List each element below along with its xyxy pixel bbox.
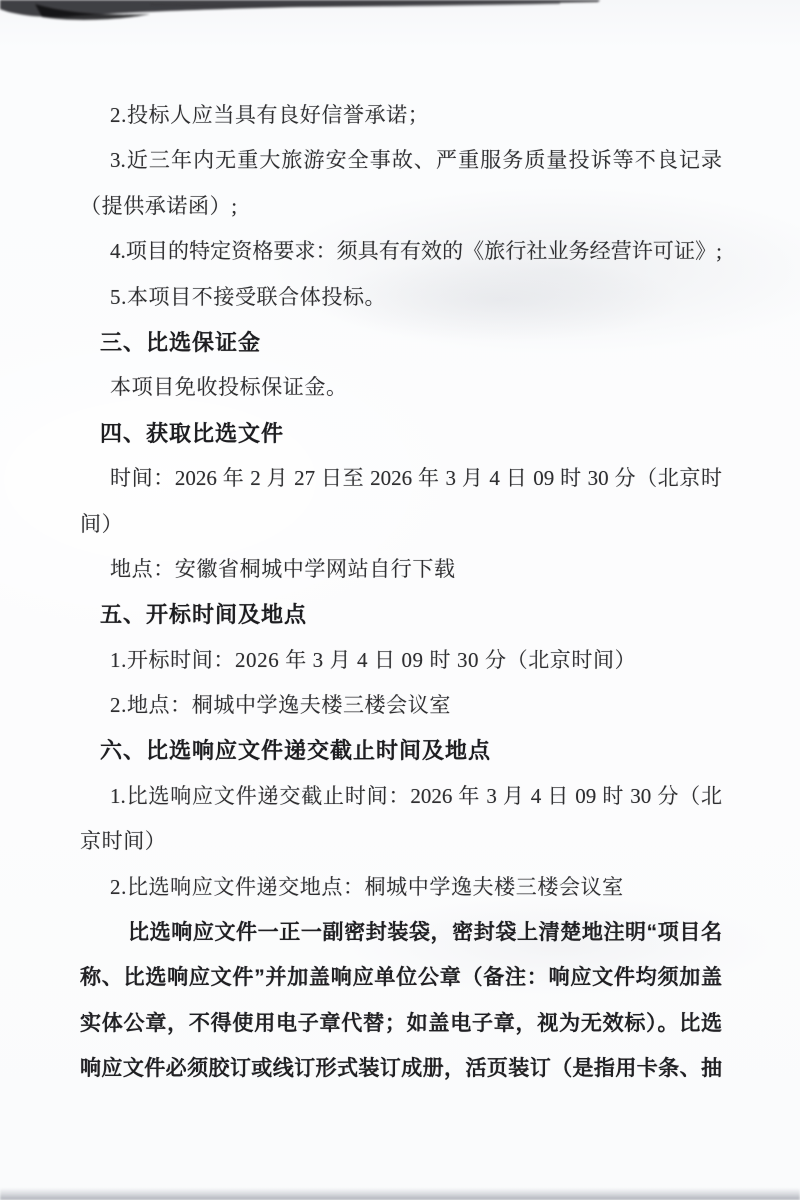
section-heading-3-deposit: 三、比选保证金 [80,320,722,365]
sealing-instructions-line-3: 实体公章，不得使用电子章代替；如盖电子章，视为无效标）。比选 [80,1001,722,1046]
scan-edge-artifact-top [0,0,800,28]
submission-deadline-wrap: 京时间） [80,819,722,864]
obtain-location-line: 地点：安徽省桐城中学网站自行下载 [80,547,722,592]
qualification-item-2: 2.投标人应当具有良好信誉承诺； [80,93,722,138]
document-page: 2.投标人应当具有良好信誉承诺； 3.近三年内无重大旅游安全事故、严重服务质量投… [0,0,800,1200]
qualification-item-5: 5.本项目不接受联合体投标。 [80,275,722,320]
obtain-time-wrap: 间） [80,502,722,547]
sealing-instructions-line-4: 响应文件必须胶订或线订形式装订成册，活页装订（是指用卡条、抽 [80,1046,722,1091]
submission-place-item: 2.比选响应文件递交地点：桐城中学逸夫楼三楼会议室 [80,865,722,910]
qualification-item-3: 3.近三年内无重大旅游安全事故、严重服务质量投诉等不良记录 [80,138,722,183]
opening-place-item: 2.地点：桐城中学逸夫楼三楼会议室 [80,683,722,728]
deposit-text: 本项目免收投标保证金。 [80,365,722,410]
qualification-item-3-wrap: （提供承诺函）; [80,184,722,229]
sealing-instructions-line-1: 比选响应文件一正一副密封装袋，密封袋上清楚地注明“项目名 [80,910,722,955]
document-body: 2.投标人应当具有良好信誉承诺； 3.近三年内无重大旅游安全事故、严重服务质量投… [0,93,800,1092]
section-heading-6-submission-deadline: 六、比选响应文件递交截止时间及地点 [80,728,722,773]
scan-edge-artifact-bottom [0,1188,800,1200]
opening-time-item: 1.开标时间：2026 年 3 月 4 日 09 时 30 分（北京时间） [80,638,722,683]
section-heading-5-opening-time-place: 五、开标时间及地点 [80,592,722,637]
sealing-instructions-line-2: 称、比选响应文件”并加盖响应单位公章（备注：响应文件均须加盖 [80,955,722,1000]
qualification-item-4: 4.项目的特定资格要求：须具有有效的《旅行社业务经营许可证》; [80,229,722,274]
section-heading-4-obtain-documents: 四、获取比选文件 [80,411,722,456]
submission-deadline-item: 1.比选响应文件递交截止时间：2026 年 3 月 4 日 09 时 30 分（… [80,774,722,819]
obtain-time-line: 时间：2026 年 2 月 27 日至 2026 年 3 月 4 日 09 时 … [80,456,722,501]
